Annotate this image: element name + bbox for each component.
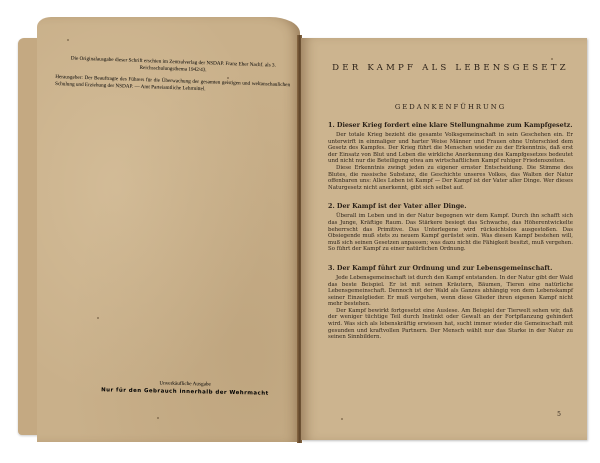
imprint-editor: Herausgeber: Der Beauftragte des Führers… xyxy=(55,74,290,96)
paper-speck xyxy=(551,58,553,60)
paragraph: Der totale Krieg bezieht die gesamte Vol… xyxy=(328,132,573,165)
section-heading: 1. Dieser Krieg fordert eine klare Stell… xyxy=(328,121,573,129)
section-heading: 3. Der Kampf führt zur Ordnung und zur L… xyxy=(328,264,573,272)
section-3: 3. Der Kampf führt zur Ordnung und zur L… xyxy=(328,264,573,341)
page-number: 5 xyxy=(557,411,561,418)
chapter-title: DER KAMPF ALS LEBENSGESETZ xyxy=(328,63,573,73)
paper-speck xyxy=(97,317,99,319)
right-page: DER KAMPF ALS LEBENSGESETZ GEDANKENFÜHRU… xyxy=(301,38,587,440)
paragraph: Diese Erkenntnis zwingt jeden zu eigener… xyxy=(328,165,573,191)
paragraph: Der Kampf bewirkt fortgesetzt eine Ausle… xyxy=(328,308,573,341)
section-1: 1. Dieser Krieg fordert eine klare Stell… xyxy=(328,121,573,191)
photo-open-booklet: Die Originalausgabe dieser Schrift ersch… xyxy=(0,0,600,463)
paragraph: Überall im Leben und in der Natur begegn… xyxy=(328,213,573,253)
section-2: 2. Der Kampf ist der Vater aller Dinge. … xyxy=(328,202,573,253)
section-heading: 2. Der Kampf ist der Vater aller Dinge. xyxy=(328,202,573,210)
right-page-content: DER KAMPF ALS LEBENSGESETZ GEDANKENFÜHRU… xyxy=(328,56,573,352)
paper-speck xyxy=(341,418,343,420)
paragraph: Jede Lebensgemeinschaft ist durch den Ka… xyxy=(328,275,573,308)
paper-speck xyxy=(157,417,159,419)
chapter-subtitle: GEDANKENFÜHRUNG xyxy=(328,103,573,111)
paper-speck xyxy=(67,39,69,41)
